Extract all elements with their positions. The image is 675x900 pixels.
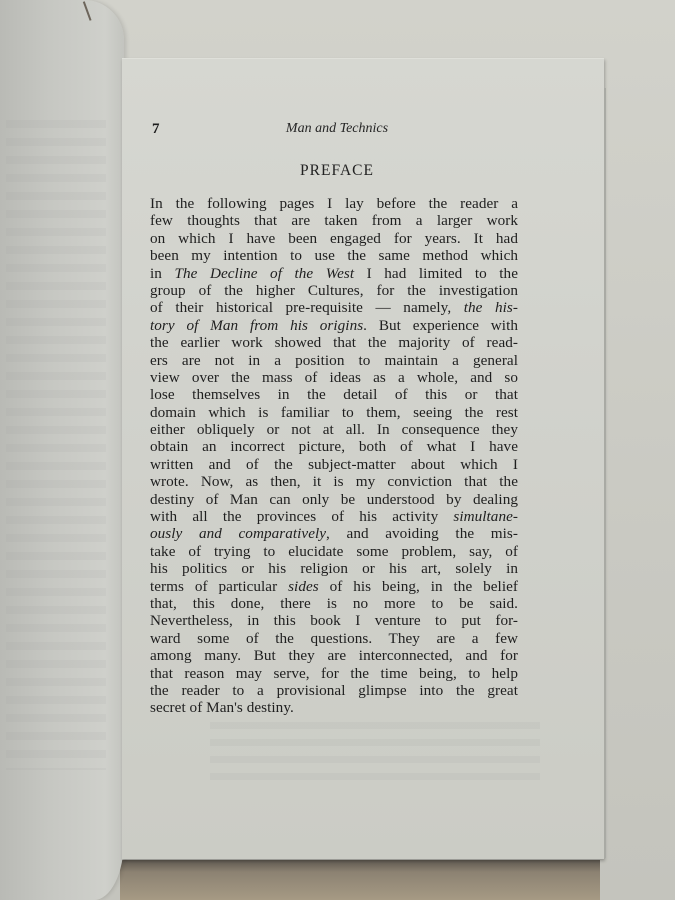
text-line: his politics or his religion or his art,… <box>150 560 518 577</box>
text-segment: the reader to a provisional glimpse into… <box>150 682 518 699</box>
text-line: In the following pages I lay before the … <box>150 195 518 212</box>
italic-text: ously and comparatively <box>150 525 326 542</box>
text-line: ers are not in a position to maintain a … <box>150 352 518 369</box>
section-heading: PREFACE <box>152 162 522 180</box>
text-segment: of their historical pre-requisite — name… <box>150 299 464 316</box>
text-line: lose themselves in the detail of this or… <box>150 386 518 403</box>
text-segment: on which I have been engaged for years. … <box>150 230 518 247</box>
text-segment: In the following pages I lay before the … <box>150 195 518 212</box>
text-line: tory of Man from his origins. But experi… <box>150 317 518 334</box>
text-line: the reader to a provisional glimpse into… <box>150 682 518 699</box>
text-line: take of trying to elucidate some problem… <box>150 543 518 560</box>
text-line: obtain an incorrect picture, both of wha… <box>150 438 518 455</box>
text-segment: that, this done, there is no more to be … <box>150 595 518 612</box>
table-surface <box>120 860 600 900</box>
show-through-text <box>6 120 106 770</box>
text-line: written and of the subject-matter about … <box>150 456 518 473</box>
text-segment: of his being, in the belief <box>319 578 518 595</box>
text-segment: obtain an incorrect picture, both of wha… <box>150 438 518 455</box>
text-segment: in <box>150 265 174 282</box>
text-line: ward some of the questions. They are a f… <box>150 630 518 647</box>
text-segment: either obliquely or not at all. In conse… <box>150 421 518 438</box>
left-facing-page <box>0 0 124 900</box>
text-segment: written and of the subject-matter about … <box>150 456 518 473</box>
text-line: destiny of Man can only be understood by… <box>150 491 518 508</box>
italic-text: The Decline of the West <box>174 265 354 282</box>
text-segment: that reason may serve, for the time bein… <box>150 665 518 682</box>
text-line: secret of Man's destiny. <box>150 699 518 716</box>
page-stack-edge <box>604 88 606 858</box>
text-segment: lose themselves in the detail of this or… <box>150 386 518 403</box>
text-segment: secret of Man's destiny. <box>150 699 294 716</box>
text-line: with all the provinces of his activity s… <box>150 508 518 525</box>
text-segment: with all the provinces of his activity <box>150 508 453 525</box>
text-line: the earlier work showed that the majorit… <box>150 334 518 351</box>
text-segment: ward some of the questions. They are a f… <box>150 630 518 647</box>
text-line: view over the mass of ideas as a whole, … <box>150 369 518 386</box>
text-segment: I had limited to the <box>354 265 518 282</box>
italic-text: the his- <box>464 299 518 316</box>
text-line: in The Decline of the West I had limited… <box>150 265 518 282</box>
show-through-text-bottom <box>210 722 540 782</box>
text-line: of their historical pre-requisite — name… <box>150 299 518 316</box>
preface-body: In the following pages I lay before the … <box>150 195 518 717</box>
text-segment: destiny of Man can only be understood by… <box>150 491 518 508</box>
text-line: either obliquely or not at all. In conse… <box>150 421 518 438</box>
text-line: group of the higher Cultures, for the in… <box>150 282 518 299</box>
text-line: wrote. Now, as then, it is my conviction… <box>150 473 518 490</box>
text-segment: his politics or his religion or his art,… <box>150 560 518 577</box>
text-segment: been my intention to use the same method… <box>150 247 518 264</box>
text-line: on which I have been engaged for years. … <box>150 230 518 247</box>
text-segment: , and avoiding the mis- <box>326 525 518 542</box>
text-line: among many. But they are interconnected,… <box>150 647 518 664</box>
running-title: Man and Technics <box>152 121 522 137</box>
text-segment: group of the higher Cultures, for the in… <box>150 282 518 299</box>
text-line: ously and comparatively, and avoiding th… <box>150 525 518 542</box>
text-line: few thoughts that are taken from a large… <box>150 212 518 229</box>
text-segment: ers are not in a position to maintain a … <box>150 352 518 369</box>
text-segment: view over the mass of ideas as a whole, … <box>150 369 518 386</box>
text-segment: among many. But they are interconnected,… <box>150 647 518 664</box>
text-line: that, this done, there is no more to be … <box>150 595 518 612</box>
text-line: that reason may serve, for the time bein… <box>150 665 518 682</box>
text-segment: take of trying to elucidate some problem… <box>150 543 518 560</box>
italic-text: simultane- <box>453 508 518 525</box>
text-segment: the earlier work showed that the majorit… <box>150 334 518 351</box>
text-line: been my intention to use the same method… <box>150 247 518 264</box>
text-segment: . But experience with <box>363 317 518 334</box>
text-line: domain which is familiar to them, seeing… <box>150 404 518 421</box>
page-header: 7 Man and Technics <box>152 121 522 141</box>
text-line: Nevertheless, in this book I venture to … <box>150 612 518 629</box>
text-segment: domain which is familiar to them, seeing… <box>150 404 518 421</box>
italic-text: tory of Man from his origins <box>150 317 363 334</box>
text-segment: few thoughts that are taken from a large… <box>150 212 518 229</box>
text-segment: Nevertheless, in this book I venture to … <box>150 612 518 629</box>
text-line: terms of particular sides of his being, … <box>150 578 518 595</box>
text-segment: terms of particular <box>150 578 288 595</box>
text-segment: wrote. Now, as then, it is my conviction… <box>150 473 518 490</box>
italic-text: sides <box>288 578 319 595</box>
